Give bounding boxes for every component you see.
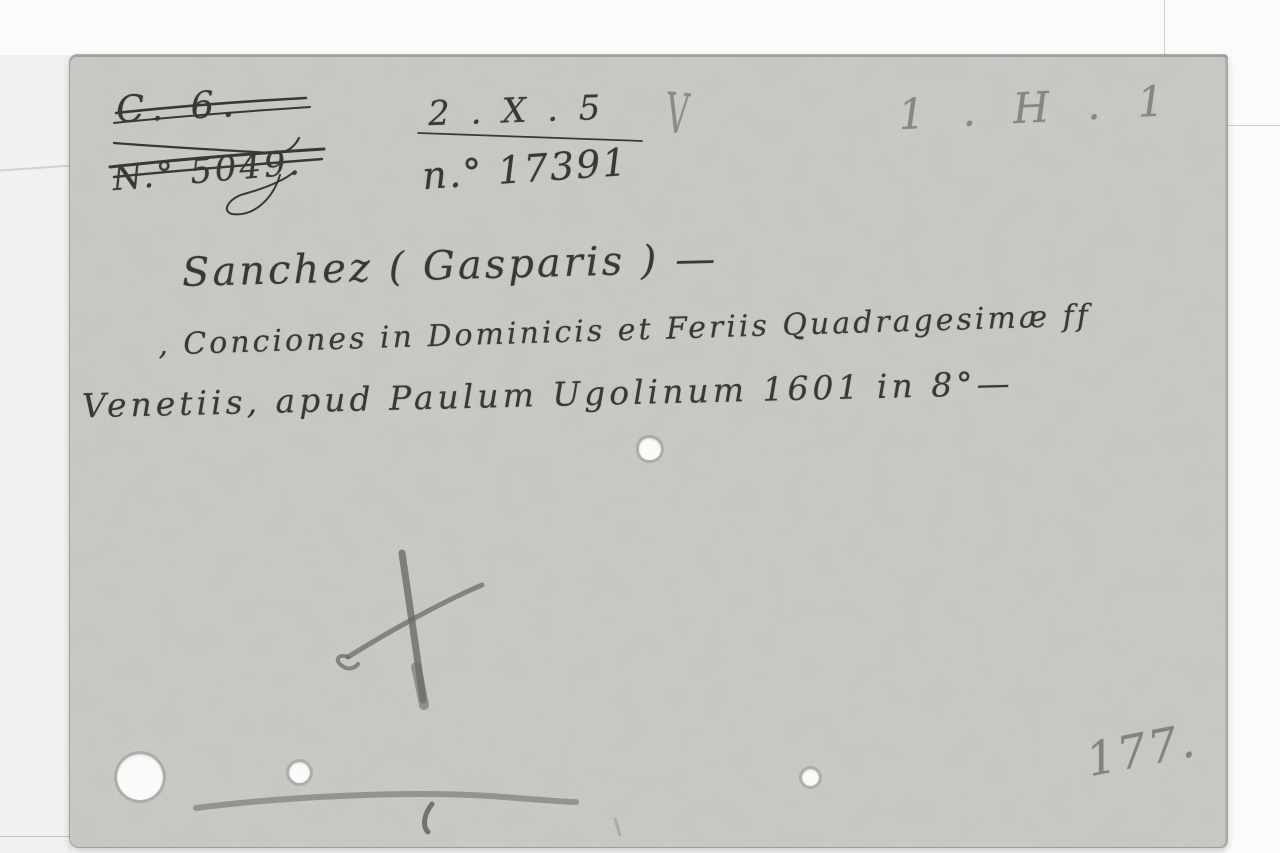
scan-seam-line — [1227, 125, 1280, 126]
entry-title-line: , Conciones in Dominicis et Feriis Quadr… — [158, 298, 1092, 362]
scan-seam-line — [1164, 0, 1165, 58]
scan-seam-line — [0, 836, 70, 837]
punch-hole-small — [289, 762, 310, 783]
pencil-class-mark: 1 . H . 1 — [897, 76, 1177, 139]
shelfmark: 2 . X . 5 — [427, 88, 606, 134]
scanned-catalog-card-page: { "document_type": "handwritten library … — [0, 0, 1280, 853]
shelfmark-underline — [418, 133, 642, 141]
catalog-card: C. 6. N.° 5049. 2 . X . 5 n.° 17391 V 1 … — [70, 55, 1227, 847]
punch-hole-small — [802, 769, 819, 786]
cross-mark — [338, 553, 482, 705]
entry-author-heading: Sanchez ( Gasparis ) — — [181, 236, 718, 296]
scanner-background-right — [1227, 0, 1280, 853]
check-mark-v: V — [666, 81, 689, 148]
scanner-background-top — [0, 0, 1280, 56]
old-shelfmark-crossed-out: C. 6. — [115, 82, 243, 132]
pencil-page-number: 177. — [1082, 713, 1201, 787]
pencil-underline-stroke — [196, 794, 620, 835]
old-accession-crossed-out: N.° 5049. — [111, 143, 304, 199]
accession-number: n.° 17391 — [421, 140, 630, 198]
entry-imprint-line: Venetiis, apud Paulum Ugolinum 1601 in 8… — [82, 364, 1014, 426]
scanner-background-left — [0, 55, 72, 853]
punch-hole-center — [639, 438, 661, 460]
punch-hole-large — [117, 754, 163, 800]
